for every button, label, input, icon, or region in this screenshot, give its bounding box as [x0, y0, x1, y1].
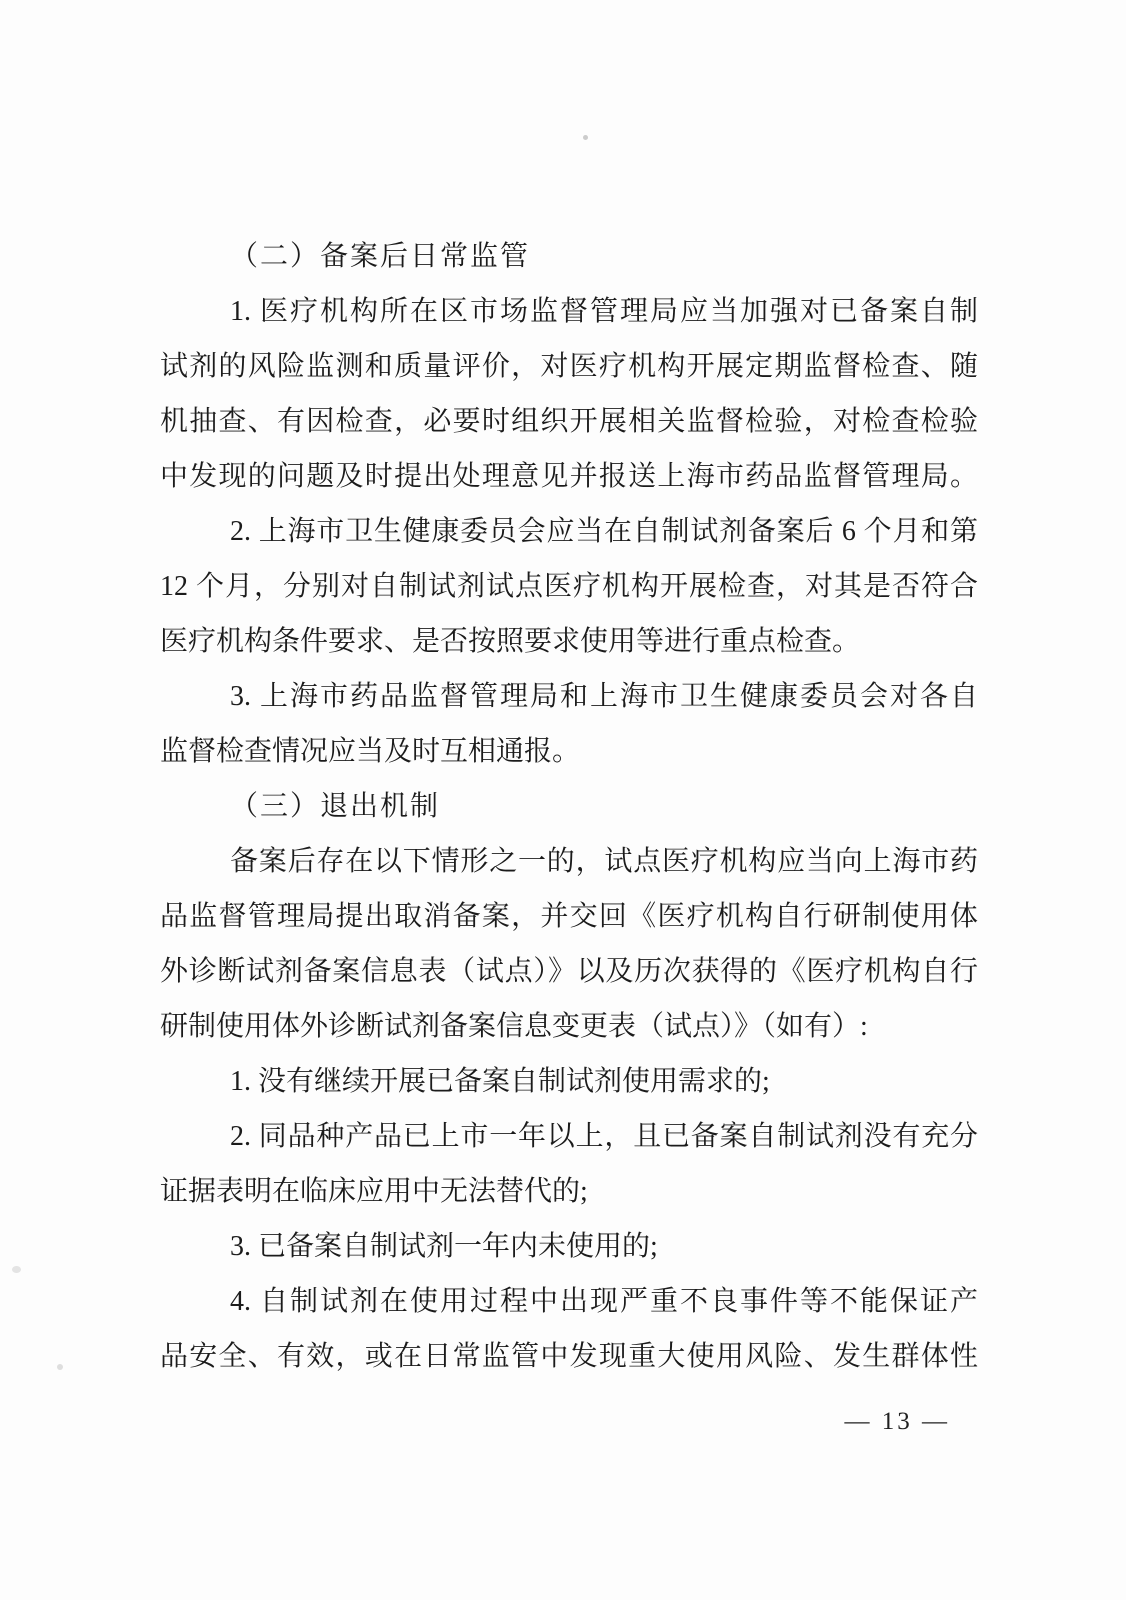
text-line: 3. 上海市药品监督管理局和上海市卫生健康委员会对各自	[160, 669, 978, 724]
document-body: （二）备案后日常监管1. 医疗机构所在区市场监督管理局应当加强对已备案自制试剂的…	[160, 229, 978, 1384]
text-line: 试剂的风险监测和质量评价，对医疗机构开展定期监督检查、随	[160, 339, 978, 394]
text-line: 外诊断试剂备案信息表（试点）》以及历次获得的《医疗机构自行	[160, 944, 978, 999]
scan-speck	[12, 1266, 21, 1273]
page-number: — 13 —	[845, 1408, 951, 1436]
text-line: 3. 已备案自制试剂一年内未使用的;	[160, 1219, 978, 1274]
scan-speck	[57, 1364, 63, 1370]
text-line: 4. 自制试剂在使用过程中出现严重不良事件等不能保证产	[160, 1274, 978, 1329]
text-line: 品监督管理局提出取消备案，并交回《医疗机构自行研制使用体	[160, 889, 978, 944]
document-page: （二）备案后日常监管1. 医疗机构所在区市场监督管理局应当加强对已备案自制试剂的…	[0, 0, 1126, 1600]
section-heading: （三）退出机制	[160, 779, 978, 834]
text-line: 监督检查情况应当及时互相通报。	[160, 724, 978, 779]
text-line: 备案后存在以下情形之一的，试点医疗机构应当向上海市药	[160, 834, 978, 889]
text-line: 2. 同品种产品已上市一年以上，且已备案自制试剂没有充分	[160, 1109, 978, 1164]
text-line: 中发现的问题及时提出处理意见并报送上海市药品监督管理局。	[160, 449, 978, 504]
text-line: 1. 医疗机构所在区市场监督管理局应当加强对已备案自制	[160, 284, 978, 339]
text-line: 品安全、有效，或在日常监管中发现重大使用风险、发生群体性	[160, 1329, 978, 1384]
text-line: 12 个月，分别对自制试剂试点医疗机构开展检查，对其是否符合	[160, 559, 978, 614]
text-line: 1. 没有继续开展已备案自制试剂使用需求的;	[160, 1054, 978, 1109]
text-line: 医疗机构条件要求、是否按照要求使用等进行重点检查。	[160, 614, 978, 669]
text-line: 机抽查、有因检查，必要时组织开展相关监督检验，对检查检验	[160, 394, 978, 449]
text-line: 2. 上海市卫生健康委员会应当在自制试剂备案后 6 个月和第	[160, 504, 978, 559]
text-line: 证据表明在临床应用中无法替代的;	[160, 1164, 978, 1219]
text-line: 研制使用体外诊断试剂备案信息变更表（试点）》（如有）:	[160, 999, 978, 1054]
section-heading: （二）备案后日常监管	[160, 229, 978, 284]
scan-speck	[583, 135, 588, 140]
